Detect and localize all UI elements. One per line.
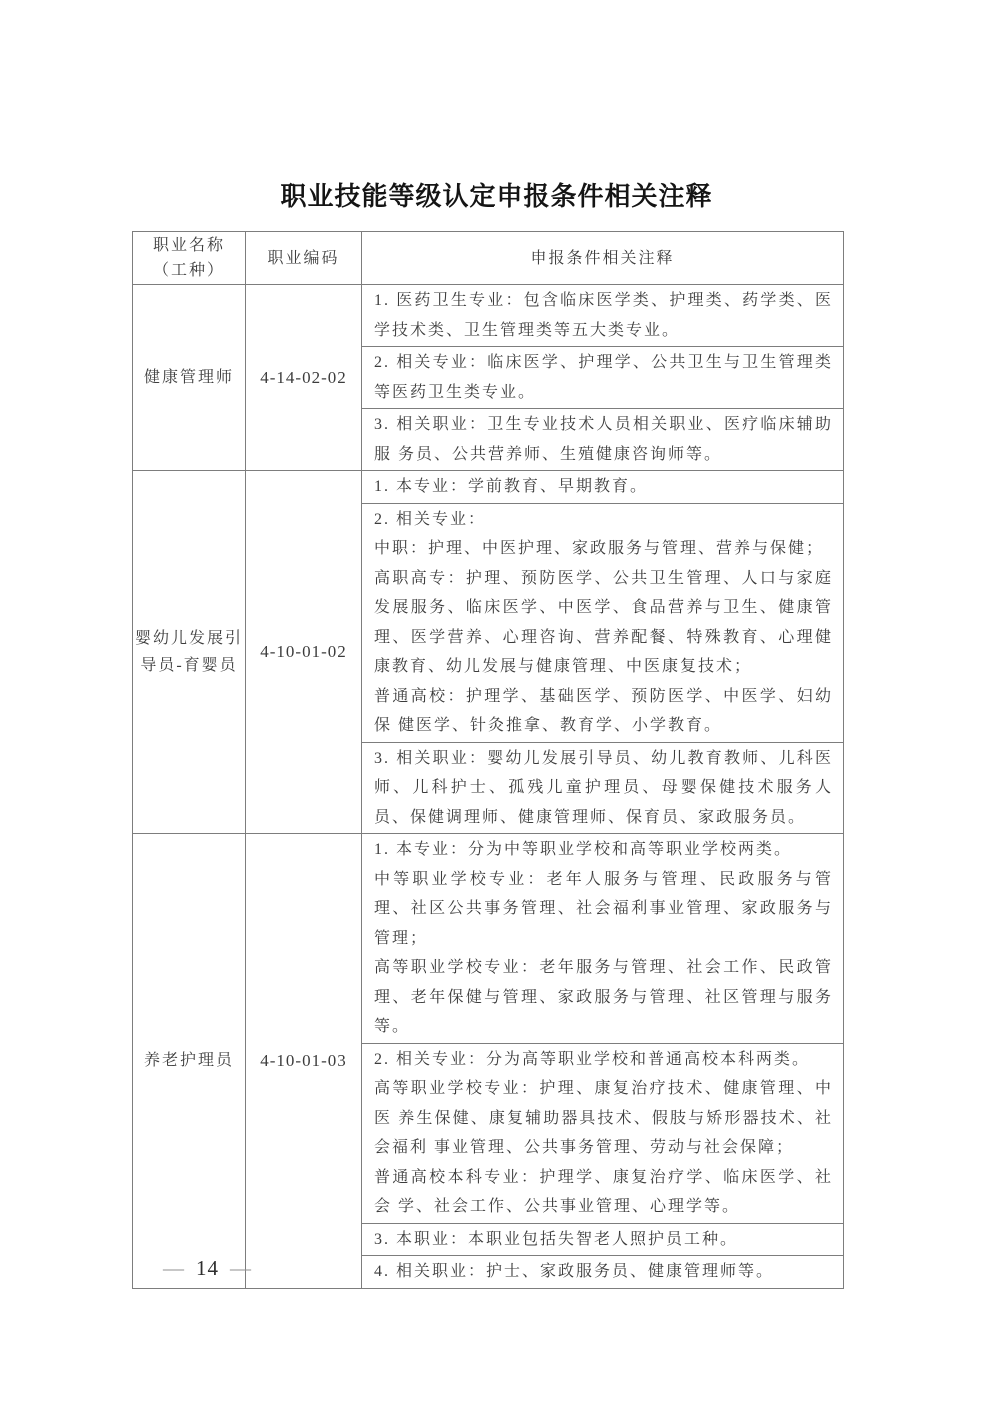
- footer-left-dash: —: [163, 1256, 185, 1280]
- occupation-name-health-manager: 健康管理师: [133, 285, 246, 471]
- table-row: 健康管理师 4-14-02-02 1. 医药卫生专业：包含临床医学类、护理类、药…: [133, 285, 844, 347]
- note-cell: 3. 本职业：本职业包括失智老人照护员工种。: [362, 1223, 844, 1256]
- footer-right-dash: —: [230, 1256, 252, 1280]
- header-occupation-name: 职业名称 （工种）: [133, 232, 246, 285]
- table-header-row: 职业名称 （工种） 职业编码 申报条件相关注释: [133, 232, 844, 285]
- footer-page-number: 14: [196, 1256, 219, 1280]
- occupation-name-elderly-caregiver: 养老护理员: [133, 834, 246, 1289]
- page-title: 职业技能等级认定申报条件相关注释: [0, 176, 993, 213]
- header-notes: 申报条件相关注释: [362, 232, 844, 285]
- note-cell: 2. 相关专业： 中职：护理、中医护理、家政服务与管理、营养与保健； 高职高专：…: [362, 503, 844, 742]
- note-cell: 2. 相关专业：临床医学、护理学、公共卫生与卫生管理类等医药卫生类专业。: [362, 347, 844, 409]
- note-cell: 1. 医药卫生专业：包含临床医学类、护理类、药学类、医学技术类、卫生管理类等五大…: [362, 285, 844, 347]
- occupation-code-health-manager: 4-14-02-02: [246, 285, 362, 471]
- table-row: 婴幼儿发展引 导员-育婴员 4-10-01-02 1. 本专业：学前教育、早期教…: [133, 471, 844, 504]
- document-page: 职业技能等级认定申报条件相关注释 职业名称 （工种） 职业编码 申报条件相关注释…: [0, 0, 993, 1404]
- occupation-name-infant-development-guide: 婴幼儿发展引 导员-育婴员: [133, 471, 246, 834]
- page-number: —14—: [163, 1256, 263, 1281]
- note-cell: 2. 相关专业：分为高等职业学校和普通高校本科两类。 高等职业学校专业：护理、康…: [362, 1043, 844, 1223]
- table-row: 养老护理员 4-10-01-03 1. 本专业：分为中等职业学校和高等职业学校两…: [133, 834, 844, 1044]
- note-cell: 3. 相关职业：卫生专业技术人员相关职业、医疗临床辅助服 务员、公共营养师、生殖…: [362, 409, 844, 471]
- header-occupation-code: 职业编码: [246, 232, 362, 285]
- note-cell: 3. 相关职业：婴幼儿发展引导员、幼儿教育教师、儿科医师、儿科护士、孤残儿童护理…: [362, 742, 844, 834]
- note-cell: 4. 相关职业：护士、家政服务员、健康管理师等。: [362, 1256, 844, 1289]
- occupation-code-infant-development-guide: 4-10-01-02: [246, 471, 362, 834]
- occupation-code-elderly-caregiver: 4-10-01-03: [246, 834, 362, 1289]
- note-cell: 1. 本专业：分为中等职业学校和高等职业学校两类。 中等职业学校专业：老年人服务…: [362, 834, 844, 1044]
- note-cell: 1. 本专业：学前教育、早期教育。: [362, 471, 844, 504]
- certification-notes-table: 职业名称 （工种） 职业编码 申报条件相关注释 健康管理师 4-14-02-02…: [132, 231, 844, 1289]
